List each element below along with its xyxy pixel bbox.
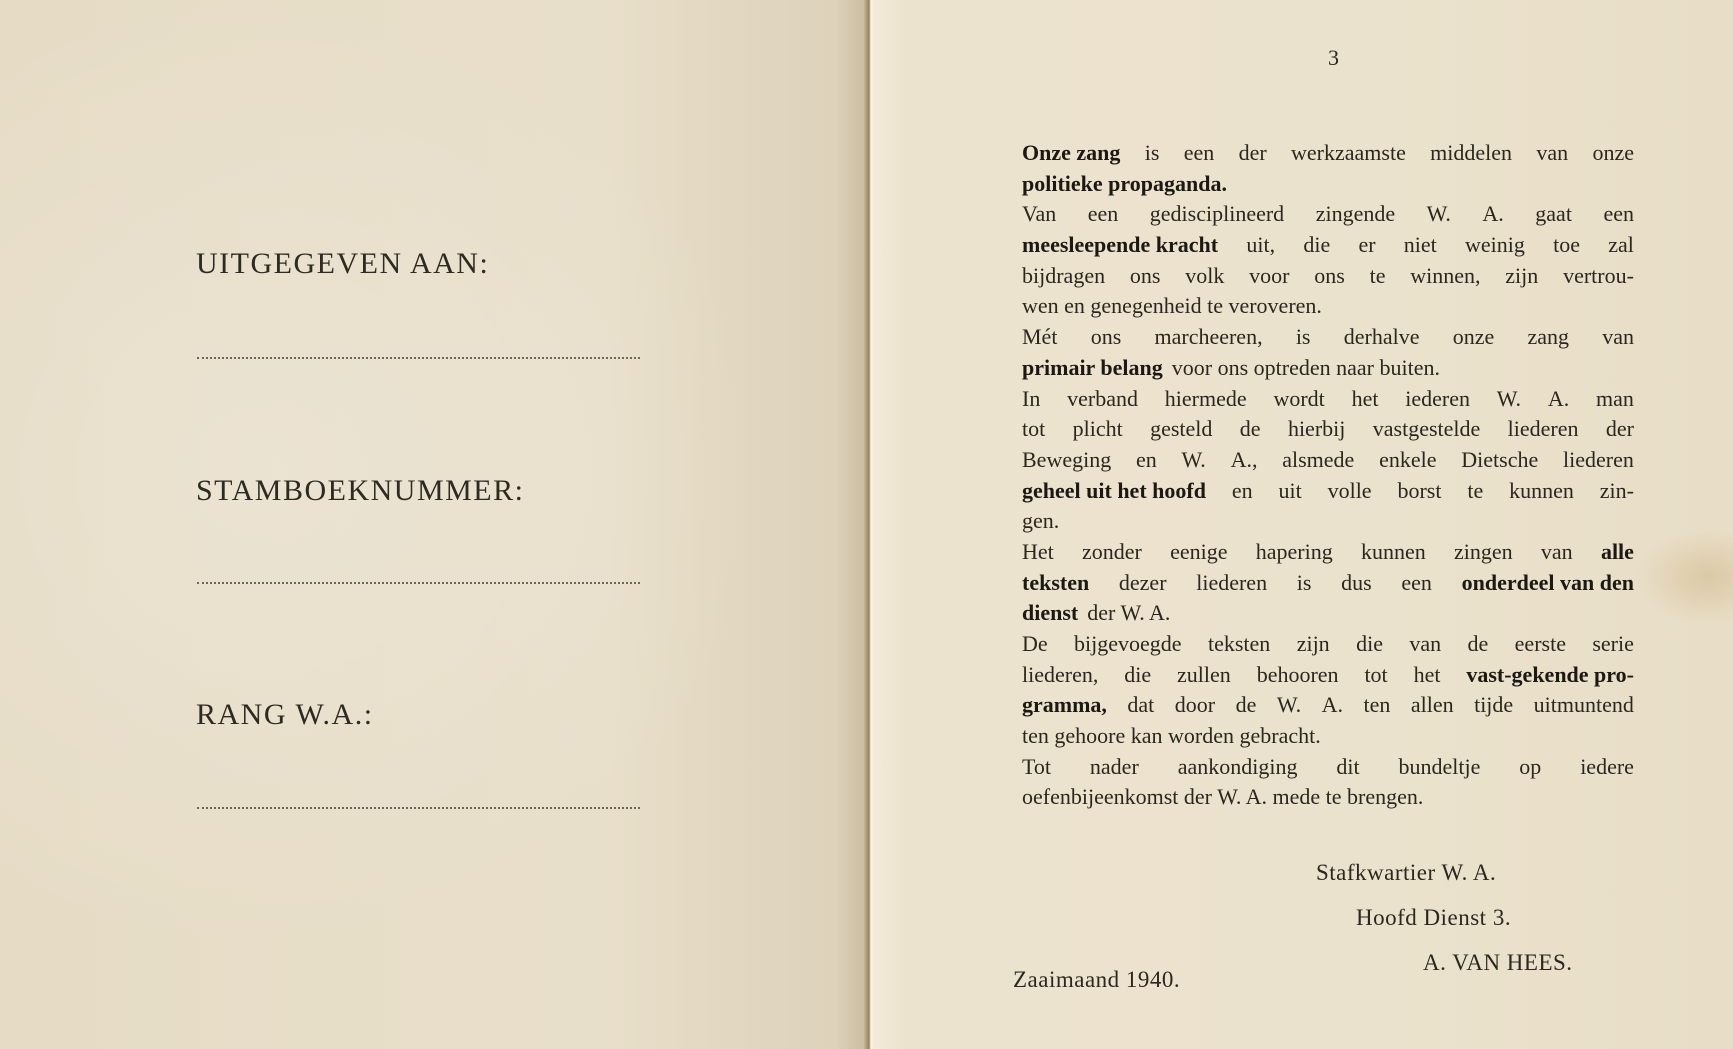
text-line: gen. <box>1022 506 1634 537</box>
text-word: zingen <box>1454 537 1513 568</box>
text-word: Dietsche <box>1461 445 1538 476</box>
text-word: liederen, <box>1022 660 1098 691</box>
text-word: Tot <box>1022 752 1051 783</box>
page-number: 3 <box>1328 45 1339 71</box>
text-line: VaneengedisciplineerdzingendeW.A.gaateen <box>1022 199 1634 230</box>
text-word: kunnen <box>1361 537 1426 568</box>
text-word: borst <box>1397 476 1441 507</box>
text-word: tot <box>1364 660 1387 691</box>
registry-number-line <box>197 582 640 584</box>
text-word: die <box>1303 230 1330 261</box>
text-word: voor <box>1249 261 1289 292</box>
text-word: uit <box>1278 476 1301 507</box>
text-word: liederen <box>1196 568 1267 599</box>
bold-text: gramma, <box>1022 690 1107 721</box>
text-word: W. <box>1277 690 1301 721</box>
text-line: primair belangvoor ons optreden naar bui… <box>1022 353 1634 384</box>
text-word: die <box>1124 660 1151 691</box>
bold-text: vast-gekende pro- <box>1466 660 1634 691</box>
text-word: de <box>1236 690 1257 721</box>
text-word: ten <box>1363 690 1390 721</box>
text-word: der <box>1606 414 1634 445</box>
text-word: A. <box>1322 690 1343 721</box>
text-word: W. <box>1182 445 1206 476</box>
text-word: eenige <box>1170 537 1227 568</box>
text-word: en <box>1136 445 1157 476</box>
text-word: De <box>1022 629 1048 660</box>
text-word: bijdragen <box>1022 261 1105 292</box>
text-word: winnen, <box>1410 261 1480 292</box>
text-word: Het <box>1022 537 1054 568</box>
text-word: van <box>1602 322 1634 353</box>
text-word: zin- <box>1600 476 1634 507</box>
text-word: kunnen <box>1509 476 1574 507</box>
text-word: een <box>1401 568 1432 599</box>
text-word: iedere <box>1580 752 1634 783</box>
text-word: plicht <box>1073 414 1123 445</box>
bold-text: politieke propaganda. <box>1022 169 1227 200</box>
text-word: ten gehoore kan worden gebracht. <box>1022 721 1321 752</box>
text-word: allen <box>1411 690 1454 721</box>
text-line: geheel uit het hoofdenuitvolleborsttekun… <box>1022 476 1634 507</box>
text-word: eerste <box>1515 629 1566 660</box>
text-word: tijde <box>1474 690 1513 721</box>
text-word: liederen <box>1508 414 1579 445</box>
text-word: ons <box>1130 261 1161 292</box>
text-word: onze <box>1453 322 1495 353</box>
text-line: gramma,datdoordeW.A.tenallentijdeuitmunt… <box>1022 690 1634 721</box>
text-word: wordt <box>1273 384 1324 415</box>
text-word: ons <box>1091 322 1122 353</box>
text-word: werkzaamste <box>1291 138 1406 169</box>
text-word: uitmuntend <box>1534 690 1634 721</box>
bold-text: geheel uit het hoofd <box>1022 476 1206 507</box>
text-word: van <box>1409 629 1441 660</box>
text-word: een <box>1088 199 1119 230</box>
text-line: Métonsmarcheeren,isderhalveonzezangvan <box>1022 322 1634 353</box>
text-word: middelen <box>1430 138 1512 169</box>
text-word: er <box>1358 230 1375 261</box>
text-word: iederen <box>1405 384 1470 415</box>
text-word: op <box>1519 752 1541 783</box>
text-word: die <box>1356 629 1383 660</box>
text-word: en <box>1232 476 1253 507</box>
text-word: bijgevoegde <box>1074 629 1182 660</box>
text-word: alsmede <box>1282 445 1354 476</box>
book-spread: UITGEGEVEN AAN: STAMBOEKNUMMER: RANG W.A… <box>0 0 1733 1049</box>
text-word: behooren <box>1257 660 1339 691</box>
left-page: UITGEGEVEN AAN: STAMBOEKNUMMER: RANG W.A… <box>0 0 870 1049</box>
text-word: van <box>1536 138 1568 169</box>
text-word: nader <box>1090 752 1139 783</box>
text-word: zijn <box>1297 629 1330 660</box>
text-word: de <box>1240 414 1261 445</box>
text-word: zang <box>1527 322 1569 353</box>
issued-to-label: UITGEGEVEN AAN: <box>196 247 489 281</box>
text-word: bundeltje <box>1399 752 1481 783</box>
text-line: tekstendezerliederenisduseenonderdeel va… <box>1022 568 1634 599</box>
text-word: het <box>1352 384 1379 415</box>
text-word: der <box>1239 138 1267 169</box>
text-word: liederen <box>1563 445 1634 476</box>
text-word: In <box>1022 384 1040 415</box>
text-word: teksten <box>1208 629 1270 660</box>
text-word: dit <box>1336 752 1359 783</box>
text-word: een <box>1184 138 1215 169</box>
bold-text: dienst <box>1022 598 1078 629</box>
text-word: gesteld <box>1150 414 1212 445</box>
text-line: InverbandhiermedewordthetiederenW.A.man <box>1022 384 1634 415</box>
text-word: derhalve <box>1344 322 1420 353</box>
rank-line <box>197 807 640 809</box>
text-word: zijn <box>1505 261 1538 292</box>
text-line: oefenbijeenkomst der W. A. mede te breng… <box>1022 782 1634 813</box>
text-word: van <box>1541 537 1573 568</box>
text-word: onze <box>1592 138 1634 169</box>
text-word: tot <box>1022 414 1045 445</box>
date-line: Zaaimaand 1940. <box>1013 967 1180 993</box>
text-word: uit, <box>1246 230 1275 261</box>
text-word: door <box>1175 690 1215 721</box>
text-word: weinig <box>1465 230 1525 261</box>
text-word: zullen <box>1177 660 1231 691</box>
text-word: man <box>1596 384 1634 415</box>
text-word: ons <box>1314 261 1345 292</box>
bold-text: meesleepende kracht <box>1022 230 1218 261</box>
text-word: wen en genegenheid te veroveren. <box>1022 291 1322 322</box>
text-word: marcheeren, <box>1154 322 1262 353</box>
body-text: Onze zangiseenderwerkzaamstemiddelenvano… <box>1022 138 1634 813</box>
text-line: liederen,diezullenbehoorentothetvast-gek… <box>1022 660 1634 691</box>
bold-text: onderdeel van den <box>1462 568 1634 599</box>
text-word: toe <box>1553 230 1580 261</box>
text-line: BewegingenW.A.,alsmedeenkeleDietschelied… <box>1022 445 1634 476</box>
text-word: dezer <box>1119 568 1167 599</box>
text-word: zonder <box>1082 537 1142 568</box>
text-line: wen en genegenheid te veroveren. <box>1022 291 1634 322</box>
registry-number-label: STAMBOEKNUMMER: <box>196 474 524 508</box>
text-word: te <box>1467 476 1483 507</box>
text-word: W. <box>1427 199 1451 230</box>
text-word: gen. <box>1022 506 1059 537</box>
text-word: hapering <box>1256 537 1333 568</box>
text-word: hiermede <box>1165 384 1247 415</box>
text-line: politieke propaganda. <box>1022 169 1634 200</box>
text-line: bijdragenonsvolkvooronstewinnen,zijnvert… <box>1022 261 1634 292</box>
text-line: Hetzondereenigehaperingkunnenzingenvanal… <box>1022 537 1634 568</box>
text-word: vertrou- <box>1563 261 1634 292</box>
text-line: totplichtgestelddehierbijvastgesteldelie… <box>1022 414 1634 445</box>
text-line: Onze zangiseenderwerkzaamstemiddelenvano… <box>1022 138 1634 169</box>
text-word: niet <box>1404 230 1437 261</box>
text-word: te <box>1370 261 1386 292</box>
text-word: Beweging <box>1022 445 1111 476</box>
text-word: serie <box>1592 629 1634 660</box>
bold-text: primair belang <box>1022 353 1163 384</box>
bold-text: Onze zang <box>1022 138 1120 169</box>
text-word: voor ons optreden naar buiten. <box>1172 353 1440 384</box>
text-word: zingende <box>1316 199 1395 230</box>
text-word: is <box>1297 568 1312 599</box>
text-word: volle <box>1328 476 1372 507</box>
bold-text: teksten <box>1022 568 1089 599</box>
text-word: enkele <box>1379 445 1436 476</box>
text-word: oefenbijeenkomst der W. A. mede te breng… <box>1022 782 1423 813</box>
text-word: het <box>1414 660 1441 691</box>
text-line: dienstder W. A. <box>1022 598 1634 629</box>
text-word: vastgestelde <box>1373 414 1481 445</box>
bold-text: alle <box>1601 537 1634 568</box>
rank-label: RANG W.A.: <box>196 698 374 732</box>
issued-to-line <box>197 357 640 359</box>
text-word: A. <box>1482 199 1503 230</box>
signature-line-1: Stafkwartier W. A. <box>1316 860 1496 886</box>
text-word: dus <box>1341 568 1372 599</box>
text-word: volk <box>1185 261 1224 292</box>
text-word: is <box>1145 138 1160 169</box>
text-word: verband <box>1067 384 1138 415</box>
text-word: dat <box>1127 690 1154 721</box>
text-line: Totnaderaankondigingditbundeltjeopiedere <box>1022 752 1634 783</box>
text-word: de <box>1468 629 1489 660</box>
text-word: is <box>1296 322 1311 353</box>
text-word: zal <box>1608 230 1634 261</box>
text-word: hierbij <box>1288 414 1345 445</box>
book-spine <box>864 0 874 1049</box>
text-word: gedisciplineerd <box>1150 199 1284 230</box>
text-word: W. <box>1497 384 1521 415</box>
text-word: een <box>1603 199 1634 230</box>
text-word: A. <box>1548 384 1569 415</box>
text-line: Debijgevoegdetekstenzijndievandeeerstese… <box>1022 629 1634 660</box>
text-line: ten gehoore kan worden gebracht. <box>1022 721 1634 752</box>
text-word: aankondiging <box>1178 752 1298 783</box>
text-word: der W. A. <box>1087 598 1170 629</box>
text-word: Mét <box>1022 322 1057 353</box>
signature-line-2: Hoofd Dienst 3. <box>1356 905 1511 931</box>
text-word: gaat <box>1535 199 1572 230</box>
signature-name: A. VAN HEES. <box>1423 950 1573 976</box>
text-line: meesleepende krachtuit,dieernietweinigto… <box>1022 230 1634 261</box>
text-word: A., <box>1231 445 1258 476</box>
text-word: Van <box>1022 199 1056 230</box>
